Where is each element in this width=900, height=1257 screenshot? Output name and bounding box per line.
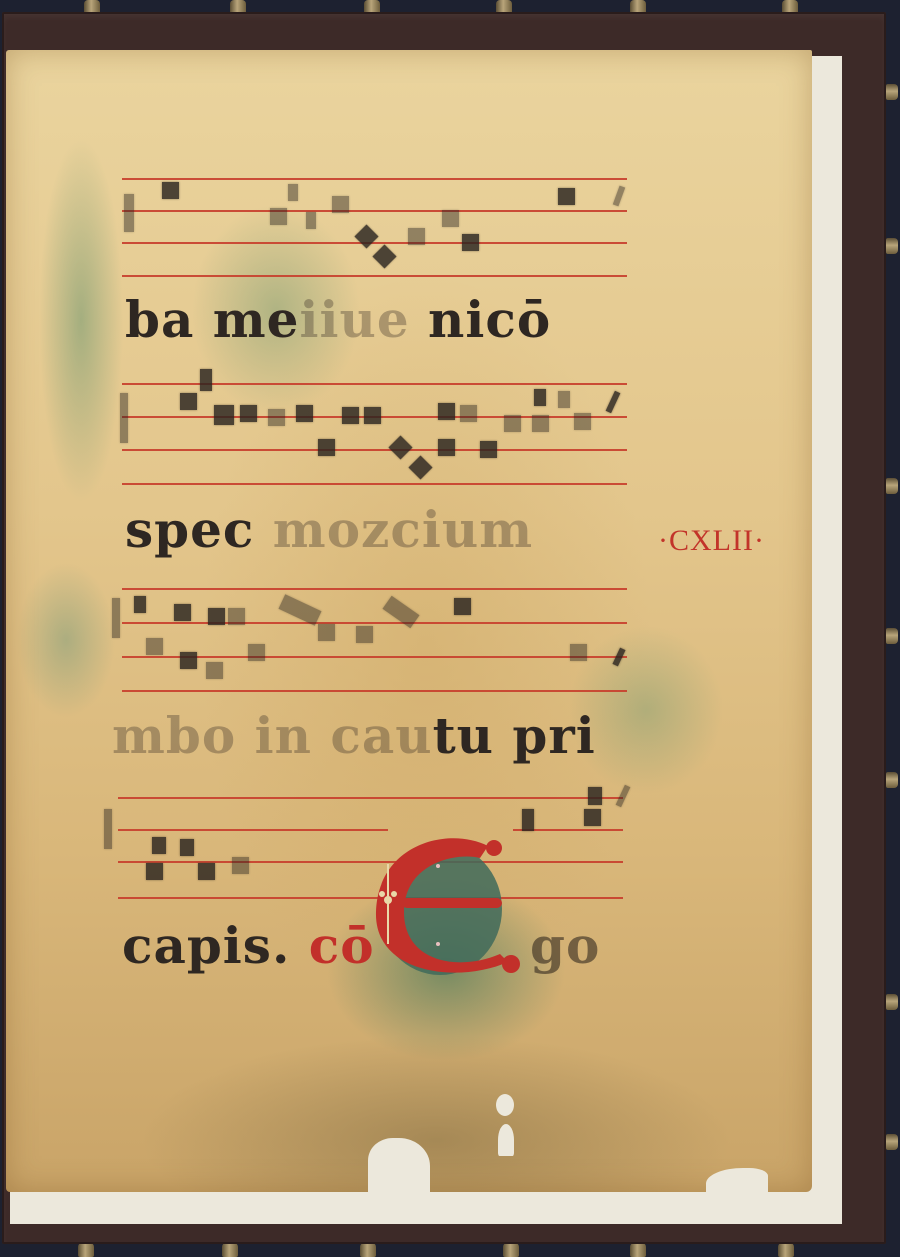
- neume: [584, 809, 601, 826]
- frame-stud: [778, 1243, 794, 1257]
- neume: [480, 441, 497, 458]
- neume: [588, 787, 602, 805]
- neume: [606, 391, 621, 413]
- neume: [558, 391, 570, 408]
- neume: [342, 407, 359, 424]
- neume: [180, 652, 197, 669]
- neume: [306, 212, 316, 229]
- illuminated-initial-e: [368, 834, 526, 984]
- frame-stud: [886, 238, 898, 254]
- frame-stud: [886, 478, 898, 494]
- neume: [522, 809, 534, 831]
- neume: [534, 389, 546, 406]
- neume: [356, 626, 373, 643]
- neume: [532, 415, 549, 432]
- frame-stud: [886, 1134, 898, 1150]
- vellum-tear: [368, 1138, 430, 1194]
- neume: [354, 224, 378, 248]
- frame-stud: [222, 1243, 238, 1257]
- music-staff-2: [122, 383, 627, 487]
- music-staff-3: [122, 588, 627, 692]
- neume: [364, 407, 381, 424]
- neume: [200, 369, 212, 391]
- lyric-line-4-end: go: [530, 916, 600, 975]
- neume: [232, 857, 249, 874]
- neume: [278, 594, 321, 625]
- neume: [162, 182, 179, 199]
- vellum-tear: [496, 1094, 514, 1116]
- neume: [296, 405, 313, 422]
- lyric-line-4: capis. cō: [122, 916, 375, 975]
- lyric-line-1: ba meiiue nicō: [125, 290, 551, 349]
- neume: [152, 837, 166, 854]
- neume: [460, 405, 477, 422]
- neume: [174, 604, 191, 621]
- neume: [558, 188, 575, 205]
- neume: [408, 228, 425, 245]
- frame-stud: [78, 1243, 94, 1257]
- neume: [208, 608, 225, 625]
- neume: [146, 638, 163, 655]
- neume: [288, 184, 298, 201]
- neume: [332, 196, 349, 213]
- neume: [438, 403, 455, 420]
- neume: [104, 809, 112, 849]
- neume: [146, 863, 163, 880]
- neume: [112, 598, 120, 638]
- neume: [454, 598, 471, 615]
- neume: [228, 608, 245, 625]
- neume: [268, 409, 285, 426]
- neume: [120, 393, 128, 443]
- neume: [388, 435, 412, 459]
- neume: [318, 624, 335, 641]
- vellum-tear: [498, 1124, 514, 1156]
- frame-stud: [503, 1243, 519, 1257]
- neume: [206, 662, 223, 679]
- neume: [214, 405, 234, 425]
- neume: [180, 839, 194, 856]
- neume: [442, 210, 459, 227]
- neume: [318, 439, 335, 456]
- neume: [180, 393, 197, 410]
- music-staff-1: [122, 178, 627, 282]
- frame-stud: [630, 1243, 646, 1257]
- vellum-tear: [706, 1168, 768, 1194]
- frame-stud: [886, 628, 898, 644]
- neume: [613, 186, 625, 207]
- neume: [270, 208, 287, 225]
- neume: [504, 415, 521, 432]
- neume: [462, 234, 479, 251]
- frame-stud: [886, 772, 898, 788]
- neume: [248, 644, 265, 661]
- frame-stud: [360, 1243, 376, 1257]
- frame-stud: [886, 84, 898, 100]
- neume: [134, 596, 146, 613]
- lyric-line-3: mbo in cautu pri: [112, 706, 596, 765]
- neume: [372, 244, 396, 268]
- neume: [438, 439, 455, 456]
- lyric-line-2: spec mozcium: [125, 500, 533, 559]
- neume: [198, 863, 215, 880]
- neume: [570, 644, 587, 661]
- neume: [124, 194, 134, 232]
- neume: [574, 413, 591, 430]
- frame-stud: [886, 994, 898, 1010]
- neume: [240, 405, 257, 422]
- neume: [408, 455, 432, 479]
- folio-number: ·CXLII·: [658, 524, 765, 558]
